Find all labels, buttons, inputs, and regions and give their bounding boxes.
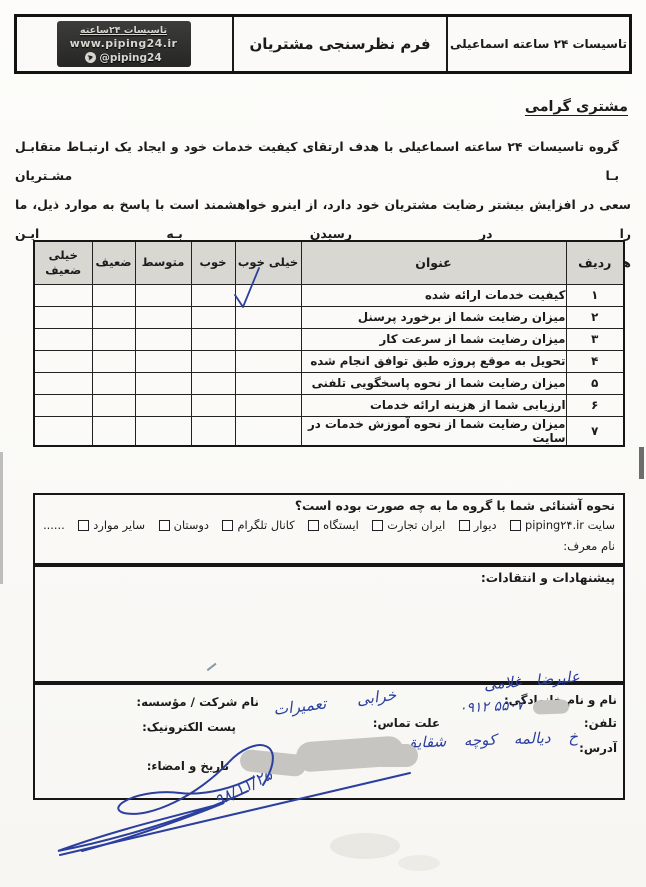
rating-cell-medium xyxy=(135,350,191,372)
rating-cell-good xyxy=(191,372,235,394)
table-row: ۲ میزان رضایت شما از برخورد پرسنل xyxy=(34,306,624,328)
referral-option-friends: دوستان xyxy=(159,518,209,532)
rating-cell-very-good xyxy=(235,328,301,350)
row-number: ۷ xyxy=(566,416,624,446)
survey-header-row: ردیف عنوان خیلی خوب خوب متوسط ضعیف خیلی … xyxy=(34,241,624,284)
rating-cell-very-weak xyxy=(34,416,92,446)
option-label: ایران تجارت xyxy=(387,518,445,532)
rating-cell-medium xyxy=(135,328,191,350)
survey-table: ردیف عنوان خیلی خوب خوب متوسط ضعیف خیلی … xyxy=(33,240,625,447)
rating-cell-weak xyxy=(92,372,135,394)
form-title: فرم نظرسنجی مشتریان xyxy=(249,35,430,53)
option-label: ایستگاه xyxy=(323,518,359,532)
table-row: ۵ میزان رضایت شما از نحوه پاسخگویی تلفنی xyxy=(34,372,624,394)
rating-cell-very-weak xyxy=(34,372,92,394)
checkbox-istgah xyxy=(308,520,319,531)
table-row: ۴ تحویل به موقع پروژه طبق توافق انجام شد… xyxy=(34,350,624,372)
row-number: ۴ xyxy=(566,350,624,372)
row-title: میزان رضایت شما از سرعت کار xyxy=(301,328,566,350)
checkbox-irantejarat xyxy=(372,520,383,531)
rating-cell-weak xyxy=(92,306,135,328)
referrer-name-label: نام معرف: xyxy=(43,539,615,553)
header-table: تاسیسات ۲۴ ساعته اسماعیلی فرم نظرسنجی مش… xyxy=(14,14,632,74)
telegram-icon: ➤ xyxy=(84,51,97,64)
rating-cell-good xyxy=(191,394,235,416)
row-number: ۳ xyxy=(566,328,624,350)
row-number: ۵ xyxy=(566,372,624,394)
rating-cell-very-weak xyxy=(34,328,92,350)
table-row: ۷ میزان رضایت شما از نحوه آموزش خدمات در… xyxy=(34,416,624,446)
phone-label: تلفن: xyxy=(584,716,617,730)
scan-edge-artifact-right xyxy=(639,447,644,479)
row-title: میزان رضایت شما از نحوه آموزش خدمات در س… xyxy=(301,416,566,446)
rating-cell-medium xyxy=(135,372,191,394)
logo-brand-text: تاسیسات ۲۴ساعته xyxy=(80,24,167,37)
row-number: ۶ xyxy=(566,394,624,416)
scan-smudge xyxy=(398,855,440,871)
rating-cell-weak xyxy=(92,394,135,416)
row-title: کیفیت خدمات ارائه شده xyxy=(301,284,566,306)
column-header-medium: متوسط xyxy=(135,241,191,284)
greeting-heading: مشتری گرامی xyxy=(525,99,628,115)
rating-cell-very-weak xyxy=(34,350,92,372)
company-name: تاسیسات ۲۴ ساعته اسماعیلی xyxy=(450,37,627,51)
column-header-row-number: ردیف xyxy=(566,241,624,284)
referral-question: نحوه آشنائی شما با گروه ما به چه صورت بو… xyxy=(43,499,615,513)
reason-label: علت تماس: xyxy=(373,716,440,730)
referral-option-istgah: ایستگاه xyxy=(308,518,359,532)
checkbox-divar xyxy=(459,520,470,531)
row-number: ۲ xyxy=(566,306,624,328)
rating-cell-very-good xyxy=(235,416,301,446)
logo-website: www.piping24.ir xyxy=(70,37,178,51)
referral-option-site: سایت piping۲۴.ir xyxy=(510,518,615,532)
header-company-cell: تاسیسات ۲۴ ساعته اسماعیلی xyxy=(446,17,629,71)
checkbox-site xyxy=(510,520,521,531)
scan-smudge xyxy=(330,833,400,859)
row-title: ارزیابی شما از هزینه ارائه خدمات xyxy=(301,394,566,416)
option-label: سایت piping۲۴.ir xyxy=(525,518,615,532)
column-header-subject: عنوان xyxy=(301,241,566,284)
rating-cell-very-good xyxy=(235,394,301,416)
company-logo: تاسیسات ۲۴ساعته www.piping24.ir ➤ @pipin… xyxy=(57,21,191,67)
rating-cell-good xyxy=(191,328,235,350)
dotted-line: ...... xyxy=(43,518,65,532)
rating-cell-weak xyxy=(92,284,135,306)
referral-options-row: سایت piping۲۴.ir دیوار ایران تجارت ایستگ… xyxy=(43,518,615,532)
referral-option-telegram-channel: کانال تلگرام xyxy=(222,518,294,532)
suggestions-section: پیشنهادات و انتقادات: xyxy=(33,565,625,683)
rating-cell-good xyxy=(191,350,235,372)
header-logo-cell: تاسیسات ۲۴ساعته www.piping24.ir ➤ @pipin… xyxy=(17,17,230,71)
rating-cell-good xyxy=(191,416,235,446)
row-title: میزان رضایت شما از نحوه پاسخگویی تلفنی xyxy=(301,372,566,394)
checkbox-friends xyxy=(159,520,170,531)
table-row: ۱ کیفیت خدمات ارائه شده xyxy=(34,284,624,306)
rating-cell-medium xyxy=(135,394,191,416)
intro-line-1: گروه تاسیسات ۲۴ ساعته اسماعیلی با هدف ار… xyxy=(15,132,631,190)
rating-cell-very-weak xyxy=(34,306,92,328)
redaction-phone xyxy=(533,699,569,714)
option-label: سایر موارد xyxy=(93,518,145,532)
address-label: آدرس: xyxy=(579,741,617,755)
option-label: کانال تلگرام xyxy=(237,518,294,532)
checkbox-telegram xyxy=(222,520,233,531)
rating-cell-very-good xyxy=(235,350,301,372)
scanned-survey-form: تاسیسات ۲۴ ساعته اسماعیلی فرم نظرسنجی مش… xyxy=(0,0,646,887)
option-label: دوستان xyxy=(174,518,209,532)
row-title: تحویل به موقع پروژه طبق توافق انجام شده xyxy=(301,350,566,372)
checkbox-other xyxy=(78,520,89,531)
column-header-very-weak: خیلی ضعیف xyxy=(34,241,92,284)
referral-section: نحوه آشنائی شما با گروه ما به چه صورت بو… xyxy=(33,493,625,565)
handwritten-phone: ۰۹۱۲ ۵۵۰۷ xyxy=(459,697,524,716)
logo-telegram-line: ➤ @piping24 xyxy=(85,51,161,65)
logo-telegram-handle: @piping24 xyxy=(99,51,161,65)
column-header-weak: ضعیف xyxy=(92,241,135,284)
rating-cell-weak xyxy=(92,416,135,446)
checkmark-ink xyxy=(228,264,264,312)
rating-cell-medium xyxy=(135,306,191,328)
rating-cell-very-weak xyxy=(34,394,92,416)
row-title: میزان رضایت شما از برخورد پرسنل xyxy=(301,306,566,328)
suggestions-label: پیشنهادات و انتقادات: xyxy=(43,571,615,585)
scan-edge-artifact-left xyxy=(0,452,3,584)
header-title-cell: فرم نظرسنجی مشتریان xyxy=(232,17,446,71)
option-label: دیوار xyxy=(474,518,497,532)
referral-option-other: سایر موارد xyxy=(78,518,145,532)
rating-cell-weak xyxy=(92,350,135,372)
row-number: ۱ xyxy=(566,284,624,306)
rating-cell-very-weak xyxy=(34,284,92,306)
rating-cell-weak xyxy=(92,328,135,350)
referral-option-divar: دیوار xyxy=(459,518,497,532)
rating-cell-very-good xyxy=(235,372,301,394)
rating-cell-medium xyxy=(135,284,191,306)
rating-cell-medium xyxy=(135,416,191,446)
table-row: ۶ ارزیابی شما از هزینه ارائه خدمات xyxy=(34,394,624,416)
referral-option-irantejarat: ایران تجارت xyxy=(372,518,445,532)
table-row: ۳ میزان رضایت شما از سرعت کار xyxy=(34,328,624,350)
